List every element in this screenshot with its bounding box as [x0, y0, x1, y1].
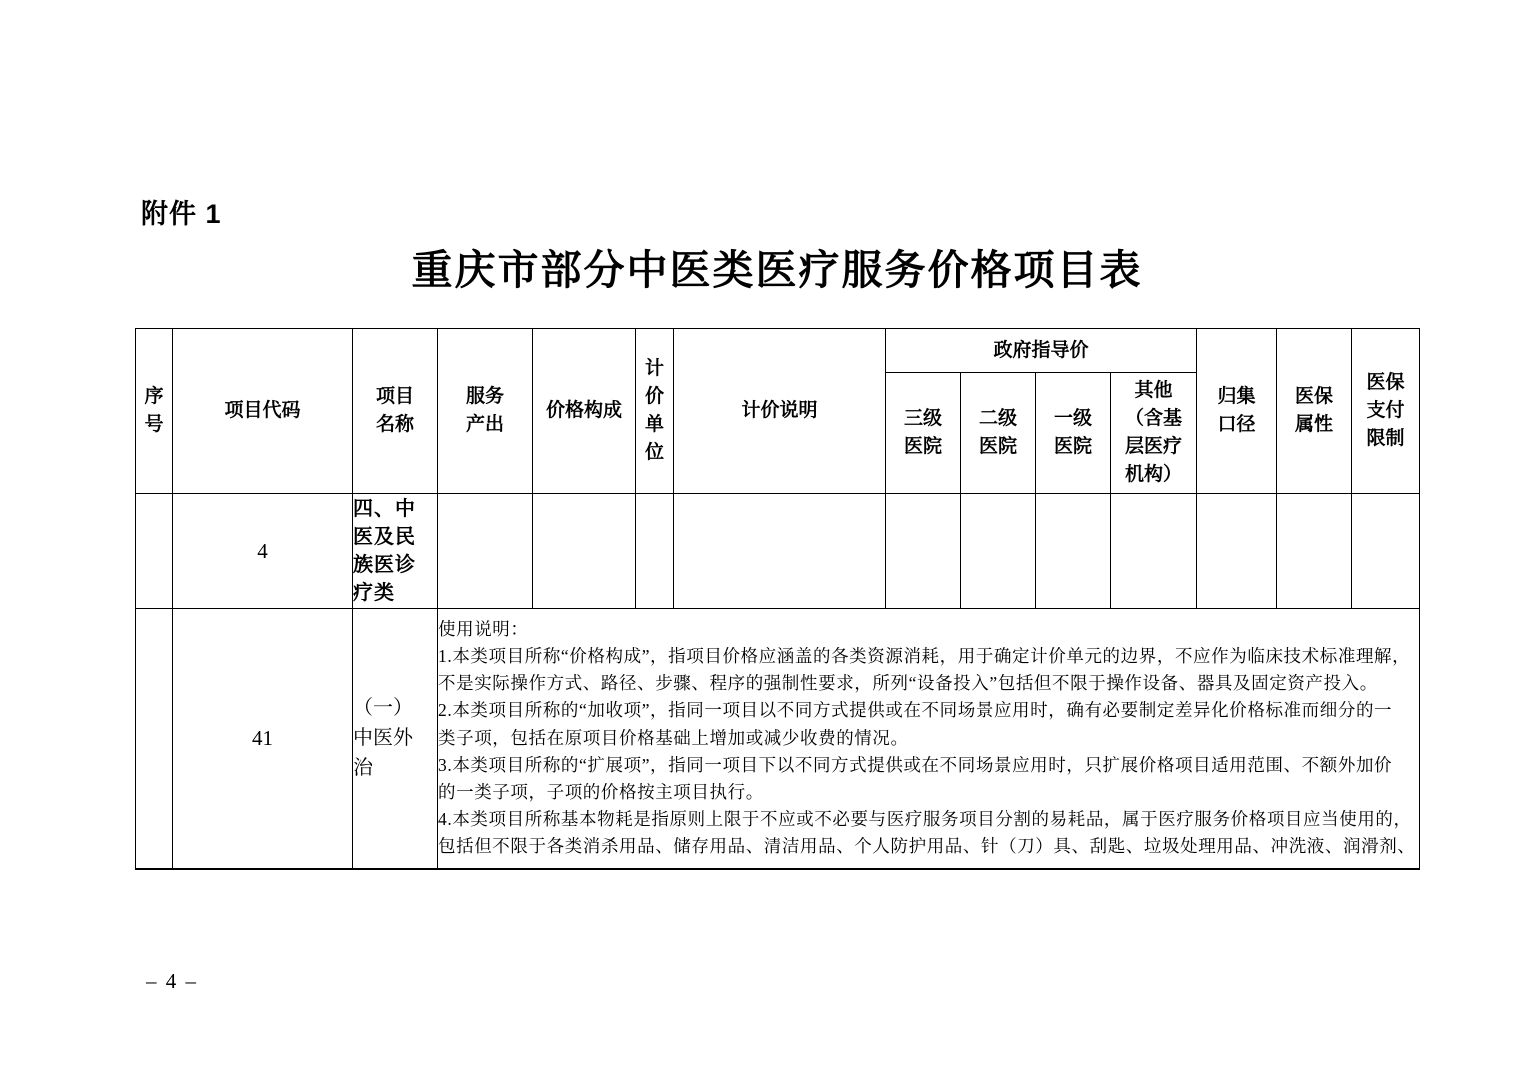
usage-note-line: 2.本类项目所称的“加收项”，指同一项目以不同方式提供或在不同场景应用时，确有必… — [438, 697, 1419, 724]
header-pricing-unit: 计 价 单 位 — [636, 329, 674, 494]
category-pricing-unit-cell — [636, 494, 674, 609]
category-tier3-price-cell — [886, 494, 961, 609]
category-tier2-price-cell — [961, 494, 1036, 609]
header-tier3-hospital: 三级 医院 — [886, 373, 961, 494]
usage-note-line: 包括但不限于各类消杀用品、储存用品、清洁用品、个人防护用品、针（刀）具、刮匙、垃… — [438, 833, 1419, 860]
category-item-code-cell: 4 — [173, 494, 353, 609]
category-pricing-note-cell — [674, 494, 886, 609]
header-service-output: 服务 产出 — [438, 329, 533, 494]
subcategory-usage-notes-cell: 使用说明： 1.本类项目所称“价格构成”，指项目价格应涵盖的各类资源消耗，用于确… — [438, 609, 1420, 869]
header-gov-guide-price: 政府指导价 — [886, 329, 1197, 373]
header-row-top: 序 号 项目代码 项目 名称 服务 产出 价格构成 计 价 单 位 计价说明 政… — [136, 329, 1420, 373]
category-medical-insurance-attribute-cell — [1277, 494, 1352, 609]
usage-note-line: 使用说明： — [438, 616, 1419, 643]
attachment-label: 附件 1 — [141, 192, 222, 231]
header-medical-insurance-attribute: 医保 属性 — [1277, 329, 1352, 494]
document-page: 附件 1 重庆市部分中医类医疗服务价格项目表 序 号 项目代码 项目 名称 服务 — [0, 0, 1520, 1074]
price-item-table: 序 号 项目代码 项目 名称 服务 产出 价格构成 计 价 单 位 计价说明 政… — [135, 328, 1420, 870]
category-price-composition-cell — [533, 494, 636, 609]
category-tier1-price-cell — [1036, 494, 1111, 609]
header-tier2-hospital: 二级 医院 — [961, 373, 1036, 494]
table-row-subcategory: 41 （一） 中医外 治 使用说明： 1.本类项目所称“价格构成”，指项目价格应… — [136, 609, 1420, 869]
header-item-code: 项目代码 — [173, 329, 353, 494]
page-title: 重庆市部分中医类医疗服务价格项目表 — [135, 237, 1419, 296]
usage-note-line: 4.本类项目所称基本物耗是指原则上限于不应或不必要与医疗服务项目分割的易耗品，属… — [438, 806, 1419, 833]
usage-note-line: 的一类子项，子项的价格按主项目执行。 — [438, 779, 1419, 806]
header-price-composition: 价格构成 — [533, 329, 636, 494]
usage-note-line: 不是实际操作方式、路径、步骤、程序的强制性要求，所列“设备投入”包括但不限于操作… — [438, 670, 1419, 697]
header-medical-insurance-payment-limit: 医保 支付 限制 — [1352, 329, 1420, 494]
header-collection-caliber: 归集 口径 — [1197, 329, 1277, 494]
category-other-price-cell — [1111, 494, 1197, 609]
table-row-category: 4 四、中 医及民 族医诊 疗类 — [136, 494, 1420, 609]
category-collection-caliber-cell — [1197, 494, 1277, 609]
header-seq-no: 序 号 — [136, 329, 173, 494]
page-number: – 4 – — [146, 969, 198, 994]
usage-note-line: 3.本类项目所称的“扩展项”，指同一项目下以不同方式提供或在不同场景应用时，只扩… — [438, 752, 1419, 779]
category-seq-no-cell — [136, 494, 173, 609]
header-other-institution: 其他 （含基 层医疗 机构） — [1111, 373, 1197, 494]
subcategory-item-name-cell: （一） 中医外 治 — [353, 609, 438, 869]
category-service-output-cell — [438, 494, 533, 609]
header-pricing-note: 计价说明 — [674, 329, 886, 494]
subcategory-item-code-cell: 41 — [173, 609, 353, 869]
header-tier1-hospital: 一级 医院 — [1036, 373, 1111, 494]
usage-note-line: 1.本类项目所称“价格构成”，指项目价格应涵盖的各类资源消耗，用于确定计价单元的… — [438, 643, 1419, 670]
category-medical-insurance-payment-limit-cell — [1352, 494, 1420, 609]
subcategory-seq-no-cell — [136, 609, 173, 869]
header-item-name: 项目 名称 — [353, 329, 438, 494]
usage-note-line: 类子项，包括在原项目价格基础上增加或减少收费的情况。 — [438, 725, 1419, 752]
category-item-name-cell: 四、中 医及民 族医诊 疗类 — [353, 494, 438, 609]
